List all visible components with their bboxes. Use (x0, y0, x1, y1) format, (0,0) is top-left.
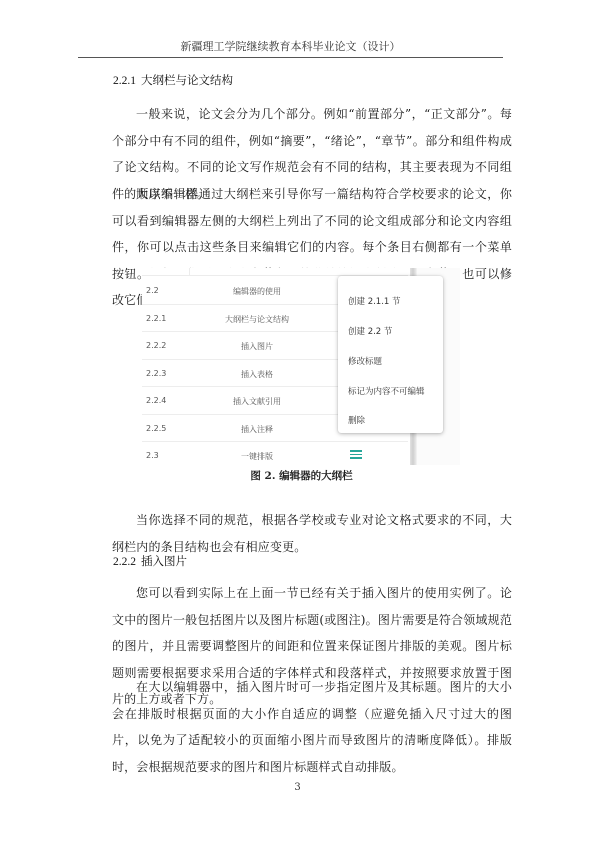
menu-item-delete[interactable]: 删除 (348, 414, 365, 426)
menu-item-rename[interactable]: 修改标题 (348, 355, 382, 367)
outline-item-title: 插入注释 (192, 424, 322, 435)
section-heading-2-2-1: 2.2.1大纲栏与论文结构 (113, 72, 233, 89)
outline-item-number: 2.2.4 (146, 396, 166, 405)
outline-item-title: 插入表格 (192, 369, 322, 380)
divider (189, 268, 190, 276)
paragraph: 在大以编辑器中，插入图片时可一步指定图片及其标题。图片的大小会在排版时根据页面的… (112, 674, 512, 780)
outline-item-number: 2.2.3 (146, 369, 166, 378)
outline-item-number: 2.2 (146, 286, 159, 295)
section-number: 2.2.1 (113, 75, 136, 87)
context-menu: 创建 2.1.1 节 创建 2.2 节 修改标题 标记为内容不可编辑 删除 (338, 276, 443, 433)
outline-item-title: 编辑器的使用 (192, 286, 322, 297)
outline-item-number: 2.2.2 (146, 341, 166, 350)
section-title: 大纲栏与论文结构 (141, 73, 233, 87)
section-title: 插入图片 (141, 554, 187, 568)
list-menu-icon[interactable] (350, 450, 362, 459)
menu-item-create-section[interactable]: 创建 2.2 节 (348, 325, 392, 337)
outline-item[interactable]: 2.3 一键排版 (142, 442, 408, 465)
outline-item-number: 2.2.1 (146, 314, 166, 323)
page-number: 3 (0, 782, 595, 793)
section-number: 2.2.2 (113, 556, 136, 568)
running-header: 新疆理工学院继续教育本科毕业论文（设计） (78, 40, 503, 58)
outline-item-number: 2.3 (146, 451, 159, 460)
figure-outline-screenshot: 2.2 编辑器的使用 2.2.1 大纲栏与论文结构 2.2.2 插入图片 2.2… (142, 268, 460, 465)
outline-item-title: 一键排版 (192, 451, 322, 462)
outline-item-number: 2.2.5 (146, 424, 166, 433)
outline-item-title: 大纲栏与论文结构 (192, 314, 322, 325)
menu-item-mark-readonly[interactable]: 标记为内容不可编辑 (348, 385, 425, 397)
figure-caption: 图 2. 编辑器的大纲栏 (0, 468, 595, 483)
menu-item-create-subsection[interactable]: 创建 2.1.1 节 (348, 295, 401, 307)
outline-item-title: 插入图片 (192, 341, 322, 352)
outline-top-strip (142, 268, 408, 276)
outline-item-title: 插入文献引用 (192, 396, 322, 407)
section-heading-2-2-2: 2.2.2插入图片 (113, 553, 187, 570)
